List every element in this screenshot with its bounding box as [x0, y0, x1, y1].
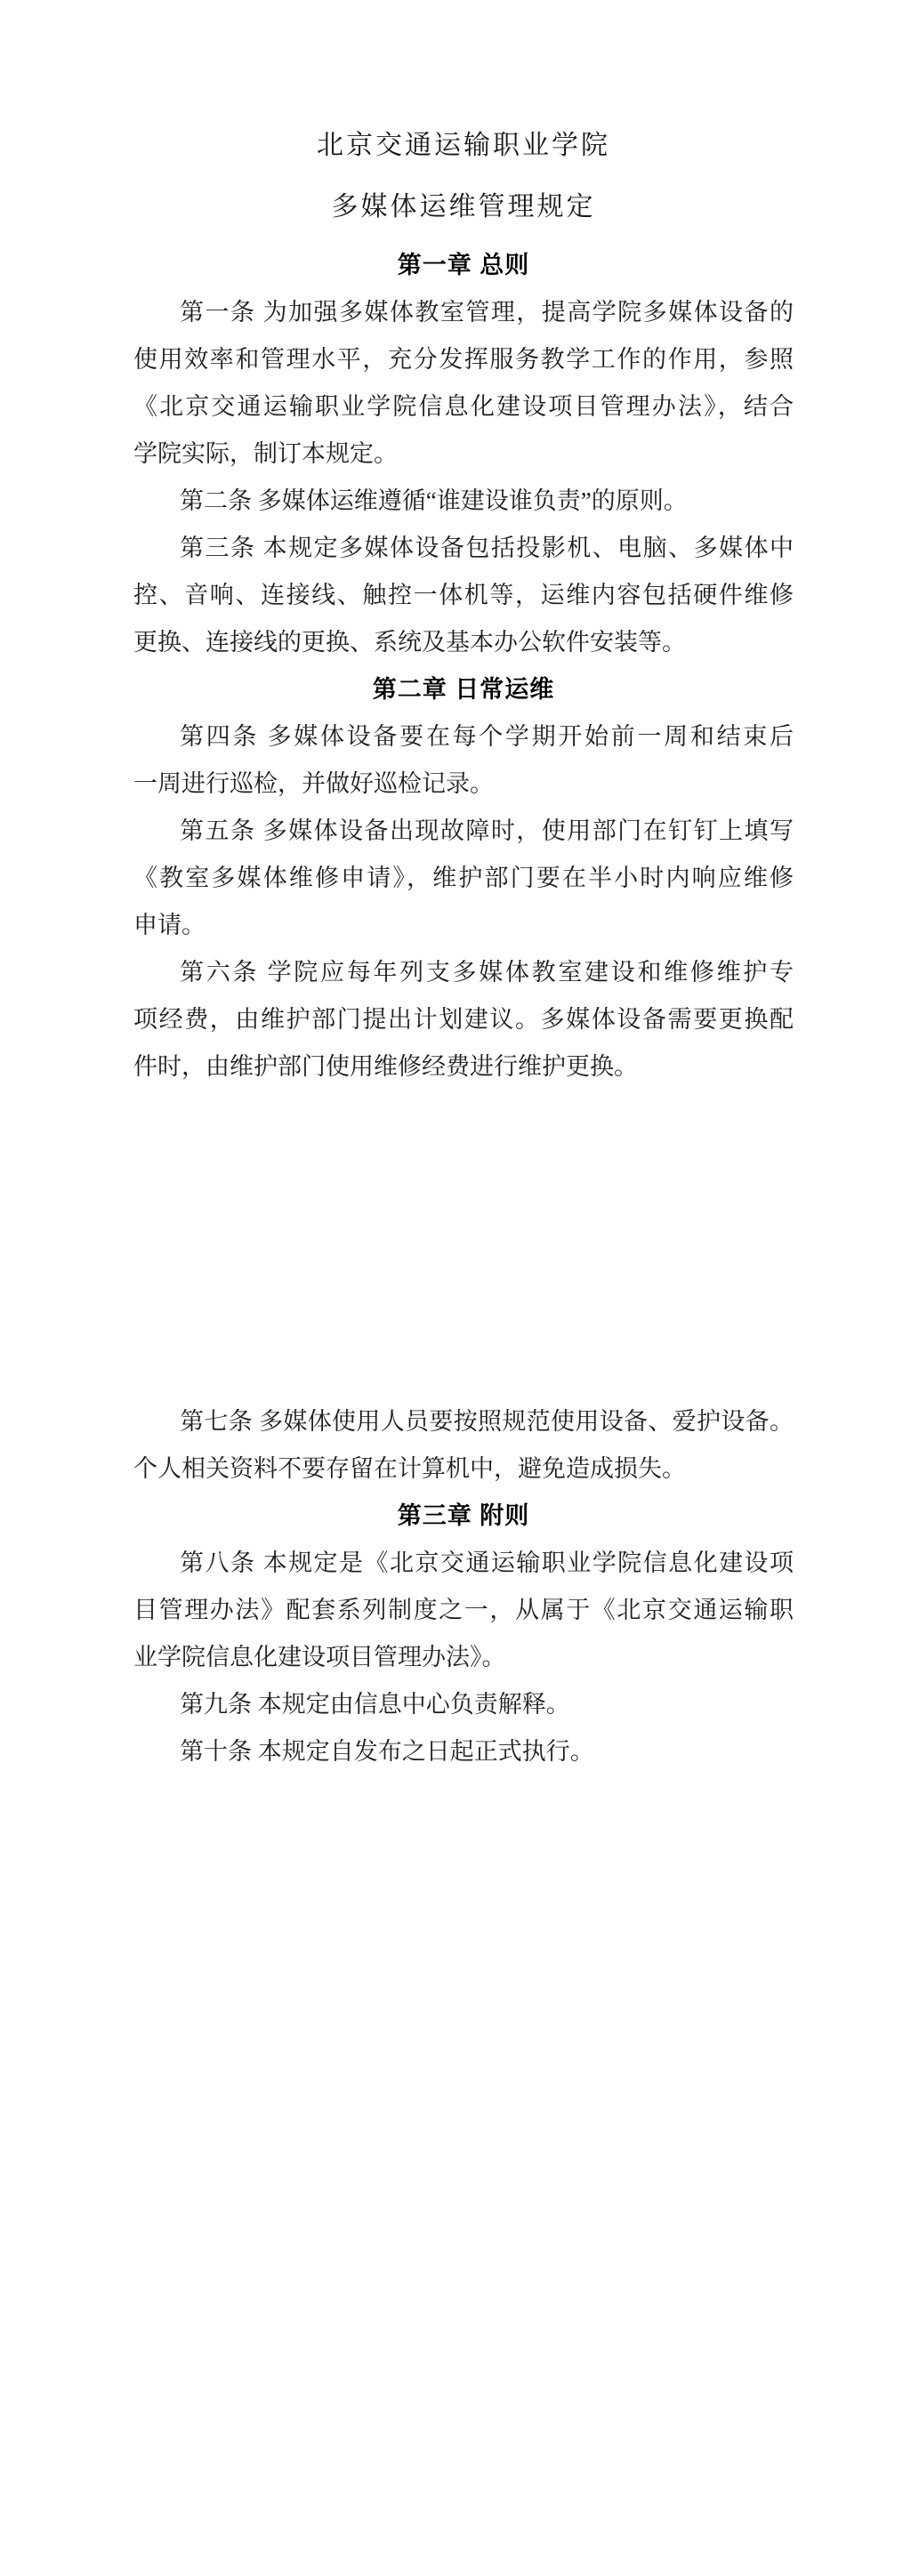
- text-line: 第三条 本规定多媒体设备包括投影机、电脑、多媒体中: [133, 525, 794, 572]
- text-line: 个人相关资料不要存留在计算机中，避免造成损失。: [133, 1445, 794, 1493]
- text-line: 第七条 多媒体使用人员要按照规范使用设备、爱护设备。: [133, 1398, 794, 1445]
- article-6: 第六条 学院应每年列支多媒体教室建设和维修维护专 项经费，由维护部门提出计划建议…: [133, 949, 794, 1091]
- text-line: 项经费，由维护部门提出计划建议。多媒体设备需要更换配: [133, 996, 794, 1043]
- text-line: 第二条 多媒体运维遵循“谁建设谁负责”的原则。: [133, 478, 794, 525]
- article-7: 第七条 多媒体使用人员要按照规范使用设备、爱护设备。 个人相关资料不要存留在计算…: [133, 1398, 794, 1493]
- article-1: 第一条 为加强多媒体教室管理，提高学院多媒体设备的 使用效率和管理水平，充分发挥…: [133, 289, 794, 478]
- document-title: 北京交通运输职业学院: [133, 122, 794, 169]
- text-line: 目管理办法》配套系列制度之一，从属于《北京交通运输职: [133, 1587, 794, 1634]
- text-line: 第一条 为加强多媒体教室管理，提高学院多媒体设备的: [133, 289, 794, 336]
- text-line: 件时，由维护部门使用维修经费进行维护更换。: [133, 1043, 794, 1091]
- text-line: 第八条 本规定是《北京交通运输职业学院信息化建设项: [133, 1540, 794, 1587]
- text-line: 申请。: [133, 902, 794, 949]
- document-subtitle: 多媒体运维管理规定: [133, 183, 794, 230]
- text-line: 第十条 本规定自发布之日起正式执行。: [133, 1728, 794, 1775]
- text-line: 使用效率和管理水平，充分发挥服务教学工作的作用，参照: [133, 336, 794, 383]
- text-line: 一周进行巡检，并做好巡检记录。: [133, 761, 794, 808]
- text-line: 第四条 多媒体设备要在每个学期开始前一周和结束后: [133, 713, 794, 761]
- text-line: 更换、连接线的更换、系统及基本办公软件安装等。: [133, 619, 794, 666]
- article-2: 第二条 多媒体运维遵循“谁建设谁负责”的原则。: [133, 478, 794, 525]
- article-8: 第八条 本规定是《北京交通运输职业学院信息化建设项 目管理办法》配套系列制度之一…: [133, 1540, 794, 1681]
- text-line: 控、音响、连接线、触控一体机等，运维内容包括硬件维修: [133, 572, 794, 619]
- article-10: 第十条 本规定自发布之日起正式执行。: [133, 1728, 794, 1775]
- article-5: 第五条 多媒体设备出现故障时，使用部门在钉钉上填写 《教室多媒体维修申请》，维护…: [133, 808, 794, 949]
- text-line: 第六条 学院应每年列支多媒体教室建设和维修维护专: [133, 949, 794, 996]
- chapter-3-heading: 第三章 附则: [133, 1493, 794, 1540]
- document-page: 北京交通运输职业学院 多媒体运维管理规定 第一章 总则 第一条 为加强多媒体教室…: [0, 0, 911, 2576]
- chapter-2-heading: 第二章 日常运维: [133, 666, 794, 713]
- page-break-gap: [133, 1091, 794, 1398]
- article-4: 第四条 多媒体设备要在每个学期开始前一周和结束后 一周进行巡检，并做好巡检记录。: [133, 713, 794, 808]
- text-line: 《教室多媒体维修申请》，维护部门要在半小时内响应维修: [133, 855, 794, 902]
- article-3: 第三条 本规定多媒体设备包括投影机、电脑、多媒体中 控、音响、连接线、触控一体机…: [133, 525, 794, 666]
- text-line: 第九条 本规定由信息中心负责解释。: [133, 1681, 794, 1728]
- text-line: 《北京交通运输职业学院信息化建设项目管理办法》，结合: [133, 383, 794, 431]
- text-line: 业学院信息化建设项目管理办法》。: [133, 1634, 794, 1681]
- document-body: 北京交通运输职业学院 多媒体运维管理规定 第一章 总则 第一条 为加强多媒体教室…: [133, 122, 794, 1775]
- article-9: 第九条 本规定由信息中心负责解释。: [133, 1681, 794, 1728]
- text-line: 第五条 多媒体设备出现故障时，使用部门在钉钉上填写: [133, 808, 794, 855]
- text-line: 学院实际，制订本规定。: [133, 431, 794, 478]
- chapter-1-heading: 第一章 总则: [133, 242, 794, 289]
